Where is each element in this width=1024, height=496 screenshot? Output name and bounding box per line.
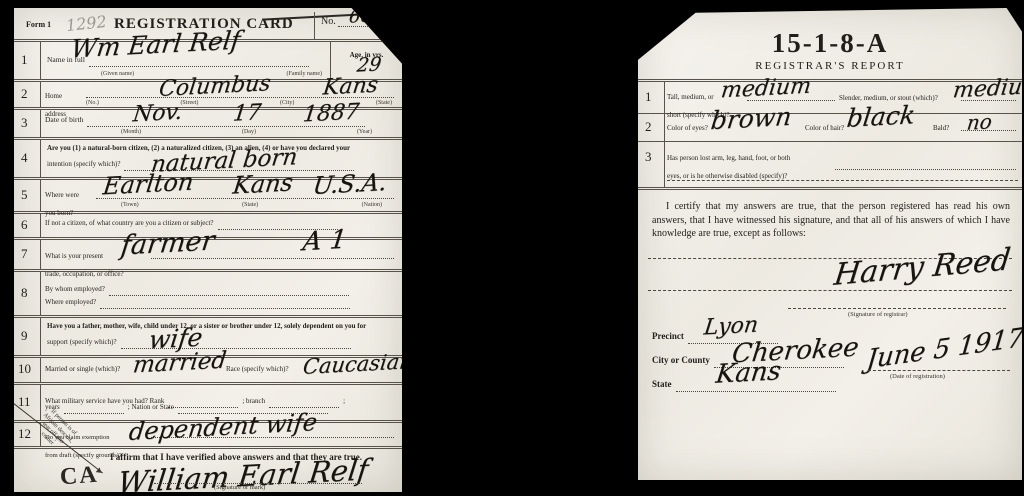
disability-label-1: Has person lost arm, leg, hand, foot, or… (667, 154, 790, 162)
employed-where-label: Where employed? (45, 298, 96, 306)
number-label: No. (321, 16, 336, 27)
row-number: 2 (21, 86, 28, 102)
row-number: 7 (21, 246, 28, 262)
precinct-value: Lyon (702, 312, 759, 340)
row-number: 9 (21, 328, 28, 344)
citizenship-question-line2: intention (specify which)? (47, 160, 120, 168)
row-number: 3 (21, 115, 28, 131)
exception-line-2 (648, 290, 1012, 291)
no-sublabel: (No.) (86, 100, 99, 106)
disability-leader-1 (835, 160, 1016, 170)
registrar-signature-line (788, 308, 1006, 309)
dob-year-value: 1887 (301, 99, 360, 127)
eyes-label: Color of eyes? (667, 125, 708, 133)
height-label-1: Tall, medium, or (667, 93, 714, 101)
dependents-question-line2: support (specify which)? (47, 338, 117, 346)
report-header: 15-1-8-A REGISTRAR'S REPORT (638, 8, 1022, 82)
signature-sublabel: (Signature or mark) (214, 484, 265, 491)
race-label: Race (specify which)? (226, 366, 289, 374)
report-code: 15-1-8-A (638, 28, 1022, 59)
registrars-report-card: 15-1-8-A REGISTRAR'S REPORT 1 Tall, medi… (638, 8, 1022, 480)
birthplace-town-value: Earlton (101, 168, 195, 201)
row-number: 5 (21, 187, 28, 203)
row-occupation: 7 What is your present trade, occupation… (14, 240, 402, 272)
month-sublabel: (Month) (121, 129, 141, 135)
row-number: 1 (645, 89, 652, 105)
nation-state-label: ; Nation or State (128, 403, 174, 411)
registrar-signature-sublabel: (Signature of registrar) (848, 311, 908, 318)
certification-text: I certify that my answers are true, that… (652, 200, 1010, 241)
state-value: Kans (714, 356, 783, 390)
row-number: 3 (645, 149, 652, 165)
years-leader (64, 404, 124, 414)
row-employer: 8 By whom employed? Where employed? (14, 272, 402, 318)
dob-month-value: Nov. (131, 100, 183, 128)
state-sublabel: (State) (376, 100, 392, 106)
occupation-value: farmer (119, 225, 216, 261)
home-label-1: Home (45, 92, 62, 100)
occupation-label-1: What is your present (45, 252, 103, 260)
dob-label: Date of birth (45, 115, 83, 124)
family-name-sublabel: (Family name) (287, 71, 323, 77)
town-sublabel: (Town) (121, 202, 139, 208)
given-name-sublabel: (Given name) (101, 71, 134, 77)
birthplace-nation-value: U.S.A. (311, 168, 388, 200)
row-married-race: 10 Married or single (which)? Race (spec… (14, 358, 402, 385)
registration-date-line (868, 370, 1010, 371)
row-eyes-hair: 2 Color of eyes? Color of hair? Bald? br… (638, 114, 1022, 142)
row-build: 1 Tall, medium, or short (specify which)… (638, 82, 1022, 114)
year-sublabel: (Year) (357, 129, 372, 135)
married-label: Married or single (which)? (45, 366, 120, 374)
registrar-signature: Harry Reed (832, 242, 1012, 293)
row-number: 2 (645, 119, 652, 135)
precinct-label: Precinct (652, 331, 684, 341)
registration-date-sublabel: (Date of registration) (890, 373, 945, 380)
hair-label: Color of hair? (805, 125, 844, 133)
race-value: Caucasian (302, 349, 415, 379)
build-value: medium (952, 74, 1024, 104)
eyes-value: brown (709, 102, 793, 135)
row-number: 12 (18, 426, 31, 442)
disability-label-2: eyes, or is he otherwise disabled (speci… (667, 172, 787, 180)
registration-card: 1292 Form 1 REGISTRATION CARD No. 60 1 N… (14, 8, 402, 492)
bald-value: no (966, 109, 994, 134)
scan-background: 1292 Form 1 REGISTRATION CARD No. 60 1 N… (0, 0, 1024, 496)
day-sublabel: (Day) (242, 129, 256, 135)
row-number: 4 (21, 150, 28, 166)
bald-label: Bald? (933, 125, 949, 133)
married-value: married (131, 347, 227, 378)
home-state-value: Kans (321, 72, 379, 100)
report-subtitle: REGISTRAR'S REPORT (638, 60, 1022, 72)
dob-day-value: 17 (231, 100, 262, 127)
signature-leader (154, 474, 362, 484)
nation-sublabel: (Nation) (362, 202, 382, 208)
foreign-citizen-label: If not a citizen, of what country are yo… (45, 219, 214, 227)
state-sublabel: (State) (242, 202, 258, 208)
registration-date-value: June 5 1917 (865, 323, 1024, 376)
row-number: 1 (21, 52, 28, 68)
disability-leader-2 (667, 180, 1018, 181)
row-date-of-birth: 3 Date of birth (Month) (Day) (Year) Nov… (14, 110, 402, 140)
county-label: City or County (652, 355, 710, 365)
row-birthplace: 5 Where were you born? (Town) (State) (N… (14, 180, 402, 214)
dependents-question-line1: Have you a father, mother, wife, child u… (47, 322, 397, 330)
state-label: State (652, 379, 672, 389)
military-semicolon: ; (343, 397, 345, 405)
height-value: medium (720, 74, 813, 104)
hair-value: black (845, 100, 917, 133)
birthplace-label-1: Where were (45, 191, 79, 199)
occupation-class-value: A 1 (301, 225, 348, 258)
row-number: 6 (21, 217, 28, 233)
number-value: 60 (348, 5, 373, 27)
row-disability: 3 Has person lost arm, leg, hand, foot, … (638, 142, 1022, 190)
row-number: 10 (18, 361, 31, 377)
row-number: 8 (21, 285, 28, 301)
birthplace-state-value: Kans (231, 168, 294, 199)
card-number-box: No. 60 (314, 12, 402, 40)
form-label: Form 1 (26, 20, 51, 29)
city-sublabel: (City) (280, 100, 294, 106)
employed-where-leader (100, 299, 350, 309)
